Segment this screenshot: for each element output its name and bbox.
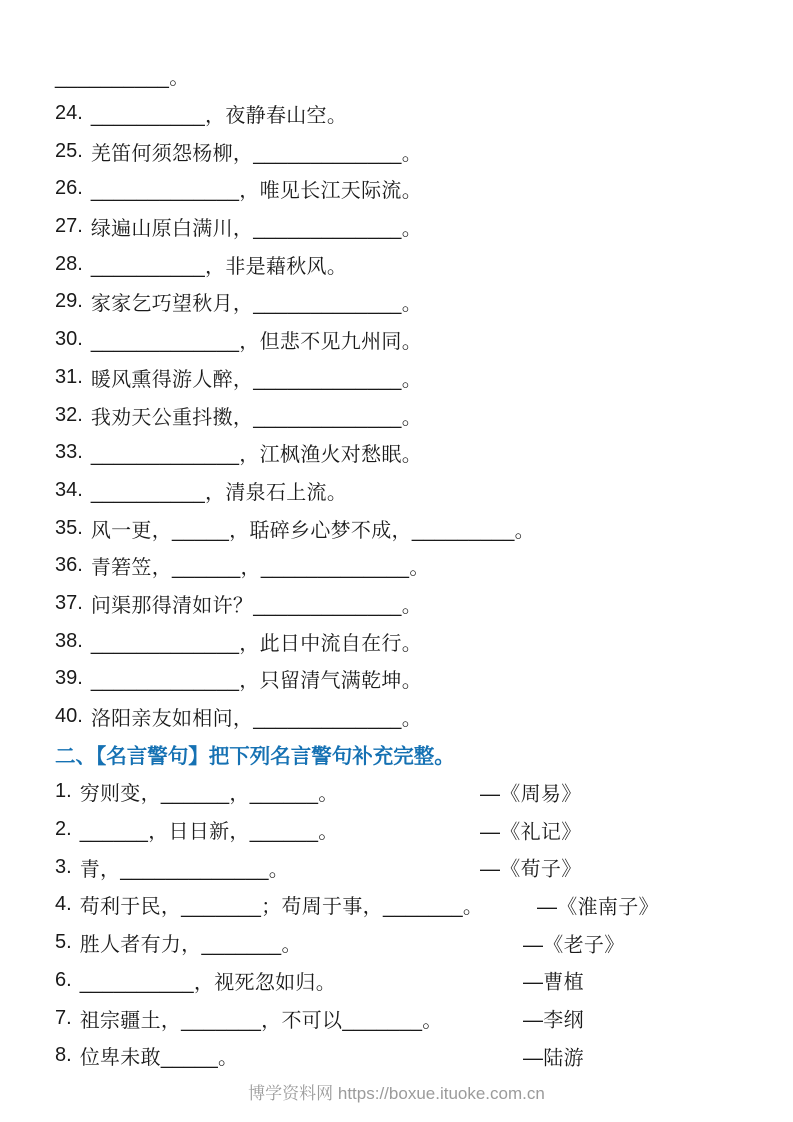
item-text: _____________，江枫渔火对愁眠。: [91, 438, 422, 467]
item-text: 祖宗疆土，_______，不可以_______。: [80, 1004, 443, 1033]
poem-item-33: 33. _____________，江枫渔火对愁眠。: [0, 434, 793, 472]
item-text: 绿遍山原白满川，_____________。: [91, 212, 422, 241]
item-text: 羌笛何须怨杨柳，_____________。: [91, 137, 422, 166]
item-text: 风一更，_____，聒碎乡心梦不成，_________。: [91, 514, 535, 543]
item-text: 问渠那得清如许？_____________。: [91, 589, 422, 618]
poem-item-24: 24. __________，夜静春山空。: [0, 95, 793, 133]
item-text: 青箬笠，______，_____________。: [91, 551, 430, 580]
item-number: 6.: [55, 969, 72, 992]
saying-item-2: 2. ______，日日新，______。 —《礼记》: [0, 811, 793, 849]
item-source: —《荀子》: [480, 853, 582, 882]
item-text: __________，夜静春山空。: [91, 99, 347, 128]
item-number: 35.: [55, 517, 83, 540]
item-text: __________。: [55, 61, 190, 90]
poem-item-38: 38. _____________，此日中流自在行。: [0, 622, 793, 660]
item-number: 1.: [55, 780, 72, 803]
item-number: 2.: [55, 818, 72, 841]
poem-item-26: 26. _____________，唯见长江天际流。: [0, 170, 793, 208]
item-number: 38.: [55, 630, 83, 653]
saying-item-8: 8. 位卑未敢_____。 —陆游: [0, 1037, 793, 1075]
item-number: 5.: [55, 931, 72, 954]
item-source: —《老子》: [523, 928, 625, 957]
continuation-blank-line: __________。: [0, 57, 793, 95]
poem-item-27: 27. 绿遍山原白满川，_____________。: [0, 208, 793, 246]
item-number: 37.: [55, 592, 83, 615]
poem-item-31: 31. 暖风熏得游人醉，_____________。: [0, 359, 793, 397]
poem-item-39: 39. _____________，只留清气满乾坤。: [0, 660, 793, 698]
saying-item-3: 3. 青，_____________。 —《荀子》: [0, 848, 793, 886]
item-number: 36.: [55, 554, 83, 577]
item-text: __________，非是藉秋风。: [91, 250, 347, 279]
item-number: 32.: [55, 404, 83, 427]
item-text: 胜人者有力，_______。: [80, 928, 302, 957]
item-text: 苟利于民，_______；苟周于事，_______。: [80, 890, 484, 919]
section2-heading-text: 二、【名言警句】把下列名言警句补充完整。: [55, 739, 455, 769]
saying-item-5: 5. 胜人者有力，_______。 —《老子》: [0, 924, 793, 962]
item-text: _____________，只留清气满乾坤。: [91, 664, 422, 693]
item-text: 我劝天公重抖擞，_____________。: [91, 401, 422, 430]
item-source: —李纲: [523, 1004, 584, 1033]
item-number: 7.: [55, 1007, 72, 1030]
item-source: —《淮南子》: [537, 890, 659, 919]
item-number: 4.: [55, 893, 72, 916]
item-number: 29.: [55, 290, 83, 313]
poem-item-40: 40. 洛阳亲友如相问，_____________。: [0, 698, 793, 736]
item-text: ______，日日新，______。: [80, 815, 339, 844]
section2-heading: 二、【名言警句】把下列名言警句补充完整。: [0, 735, 793, 773]
item-number: 27.: [55, 215, 83, 238]
poem-item-36: 36. 青箬笠，______，_____________。: [0, 547, 793, 585]
item-source: —《礼记》: [480, 815, 582, 844]
item-number: 3.: [55, 856, 72, 879]
item-number: 34.: [55, 479, 83, 502]
poem-item-32: 32. 我劝天公重抖擞，_____________。: [0, 396, 793, 434]
item-text: 位卑未敢_____。: [80, 1041, 239, 1070]
item-text: __________，视死忽如归。: [80, 966, 336, 995]
item-text: 穷则变，______，______。: [80, 777, 339, 806]
item-number: 25.: [55, 140, 83, 163]
item-text: _____________，此日中流自在行。: [91, 627, 422, 656]
item-text: 暖风熏得游人醉，_____________。: [91, 363, 422, 392]
item-number: 28.: [55, 253, 83, 276]
site-watermark: 博学资料网 https://boxue.ituoke.com.cn: [0, 1075, 793, 1113]
poem-item-35: 35. 风一更，_____，聒碎乡心梦不成，_________。: [0, 509, 793, 547]
item-number: 33.: [55, 441, 83, 464]
item-text: __________，清泉石上流。: [91, 476, 347, 505]
saying-item-1: 1. 穷则变，______，______。 —《周易》: [0, 773, 793, 811]
item-text: _____________，唯见长江天际流。: [91, 174, 422, 203]
poem-item-34: 34. __________，清泉石上流。: [0, 472, 793, 510]
poem-item-37: 37. 问渠那得清如许？_____________。: [0, 585, 793, 623]
poem-item-25: 25. 羌笛何须怨杨柳，_____________。: [0, 132, 793, 170]
item-number: 39.: [55, 667, 83, 690]
saying-item-6: 6. __________，视死忽如归。 —曹植: [0, 962, 793, 1000]
item-number: 40.: [55, 705, 83, 728]
poem-item-30: 30. _____________，但悲不见九州同。: [0, 321, 793, 359]
item-source: —陆游: [523, 1041, 584, 1070]
item-source: —曹植: [523, 966, 584, 995]
item-text: _____________，但悲不见九州同。: [91, 325, 422, 354]
poem-item-29: 29. 家家乞巧望秋月，_____________。: [0, 283, 793, 321]
item-number: 8.: [55, 1044, 72, 1067]
item-number: 31.: [55, 366, 83, 389]
saying-item-4: 4. 苟利于民，_______；苟周于事，_______。 —《淮南子》: [0, 886, 793, 924]
site-watermark-text: 博学资料网 https://boxue.ituoke.com.cn: [248, 1084, 545, 1103]
item-text: 青，_____________。: [80, 853, 289, 882]
item-number: 26.: [55, 177, 83, 200]
poem-item-28: 28. __________，非是藉秋风。: [0, 245, 793, 283]
item-text: 家家乞巧望秋月，_____________。: [91, 287, 422, 316]
item-number: 30.: [55, 328, 83, 351]
item-text: 洛阳亲友如相问，_____________。: [91, 702, 422, 731]
saying-item-7: 7. 祖宗疆土，_______，不可以_______。 —李纲: [0, 999, 793, 1037]
worksheet-page: __________。 24. __________，夜静春山空。 25. 羌笛…: [0, 0, 793, 1122]
item-number: 24.: [55, 102, 83, 125]
item-source: —《周易》: [480, 777, 582, 806]
